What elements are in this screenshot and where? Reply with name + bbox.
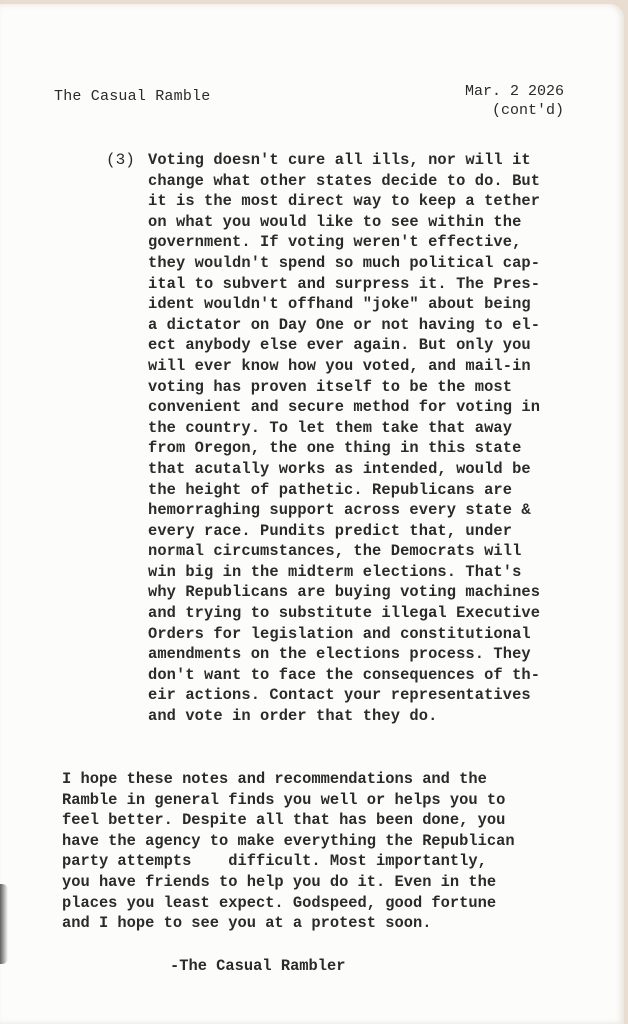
- text-line: amendments on the elections process. The…: [148, 644, 598, 665]
- text-line: ect anybody else ever again. But only yo…: [148, 335, 598, 356]
- text-line: and trying to substitute illegal Executi…: [148, 603, 598, 624]
- date-block: Mar. 2 2026 (cont'd): [428, 82, 564, 120]
- text-line: eir actions. Contact your representative…: [148, 685, 598, 706]
- text-line: hemorraghing support across every state …: [148, 500, 598, 521]
- text-line: a dictator on Day One or not having to e…: [148, 315, 598, 336]
- text-line: Voting doesn't cure all ills, nor will i…: [148, 150, 598, 171]
- text-line: ital to subvert and surpress it. The Pre…: [148, 274, 598, 295]
- text-line: and vote in order that they do.: [148, 706, 598, 727]
- text-line: why Republicans are buying voting machin…: [148, 582, 598, 603]
- item-number: (3): [106, 151, 135, 169]
- text-line: they wouldn't spend so much political ca…: [148, 253, 598, 274]
- text-line: and I hope to see you at a protest soon.: [62, 913, 582, 934]
- text-line: Orders for legislation and constitutiona…: [148, 624, 598, 645]
- text-line: the height of pathetic. Republicans are: [148, 480, 598, 501]
- item-paragraph: Voting doesn't cure all ills, nor will i…: [148, 150, 598, 727]
- text-line: it is the most direct way to keep a teth…: [148, 191, 598, 212]
- continued-label: (cont'd): [428, 101, 564, 120]
- text-line: you have friends to help you do it. Even…: [62, 872, 582, 893]
- text-line: convenient and secure method for voting …: [148, 397, 598, 418]
- text-line: have the agency to make everything the R…: [62, 831, 582, 852]
- closing-paragraph: I hope these notes and recommendations a…: [62, 769, 582, 934]
- date: Mar. 2 2026: [428, 82, 564, 101]
- text-line: party attempts difficult. Most important…: [62, 851, 582, 872]
- text-line: the country. To let them take that away: [148, 418, 598, 439]
- text-line: places you least expect. Godspeed, good …: [62, 893, 582, 914]
- text-line: on what you would like to see within the: [148, 212, 598, 233]
- text-line: change what other states decide to do. B…: [148, 171, 598, 192]
- page-edge-shadow: [0, 884, 8, 964]
- text-line: ident wouldn't offhand "joke" about bein…: [148, 294, 598, 315]
- text-line: don't want to face the consequences of t…: [148, 665, 598, 686]
- text-line: win big in the midterm elections. That's: [148, 562, 598, 583]
- text-line: every race. Pundits predict that, under: [148, 521, 598, 542]
- text-line: government. If voting weren't effective,: [148, 232, 598, 253]
- typewritten-page: The Casual Ramble Mar. 2 2026 (cont'd) (…: [0, 4, 624, 1024]
- text-line: feel better. Despite all that has been d…: [62, 810, 582, 831]
- text-line: normal circumstances, the Democrats will: [148, 541, 598, 562]
- text-line: I hope these notes and recommendations a…: [62, 769, 582, 790]
- text-line: will ever know how you voted, and mail-i…: [148, 356, 598, 377]
- newsletter-title: The Casual Ramble: [54, 88, 210, 105]
- signature: -The Casual Rambler: [170, 957, 345, 975]
- text-line: that acutally works as intended, would b…: [148, 459, 598, 480]
- text-line: from Oregon, the one thing in this state: [148, 438, 598, 459]
- text-line: voting has proven itself to be the most: [148, 377, 598, 398]
- text-line: Ramble in general finds you well or help…: [62, 790, 582, 811]
